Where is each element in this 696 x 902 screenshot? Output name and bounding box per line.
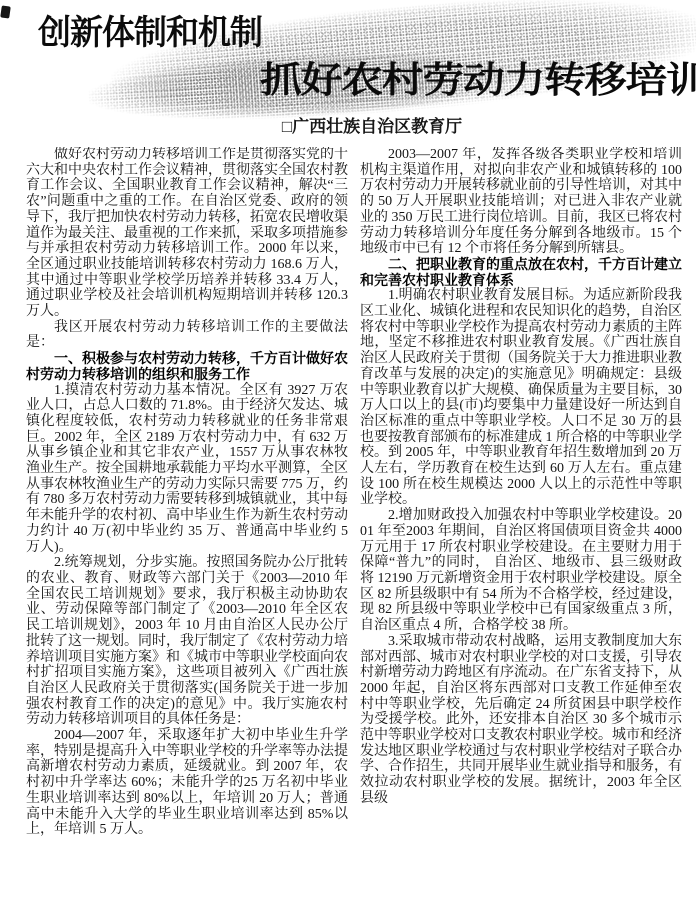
text-block: 2.增加财政投入加强农村中等职业学校建设。2001 年至2003 年期间，自治区… — [360, 508, 682, 634]
column-left: 做好农村劳动力转移培训工作是贯彻落实党的十六大和中央农村工作会议精神，贯彻落实全… — [26, 147, 348, 899]
text-block: 2003—2007 年，发挥各级各类职业学校和培训机构主渠道作用，对拟向非农产业… — [360, 147, 682, 257]
text-block: 3.采取城市带动农村战略，运用支教制度加大东部对西部、城市对农村职业学校的对口支… — [360, 634, 682, 807]
text-block: 1.明确农村职业教育发展目标。为适应新阶段我区工业化、城镇化进程和农民知识化的趋… — [360, 288, 682, 508]
text-block: 做好农村劳动力转移培训工作是贯彻落实党的十六大和中央农村工作会议精神，贯彻落实全… — [26, 147, 348, 320]
text-block: 2004—2007 年，采取逐年扩大初中毕业生升学率，特别是提高升入中等职业学校… — [26, 728, 348, 838]
article-body: 做好农村劳动力转移培训工作是贯彻落实党的十六大和中央农村工作会议精神，贯彻落实全… — [26, 147, 682, 899]
article-page: 创新体制和机制 抓好农村劳动力转移培训 □广西壮族自治区教育厅 做好农村劳动力转… — [0, 0, 696, 902]
text-block: 2.统筹规划，分步实施。按照国务院办公厅批转的农业、教育、财政等六部门关于《20… — [26, 555, 348, 728]
scan-artifact-mark — [0, 5, 11, 18]
text-block: 一、积极参与农村劳动力转移，千方百计做好农村劳动力转移培训的组织和服务工作 — [26, 351, 348, 382]
text-block: 二、把职业教育的重点放在农村，千方百计建立和完善农村职业教育体系 — [360, 257, 682, 288]
article-title-line-2: 抓好农村劳动力转移培训 — [260, 62, 696, 98]
text-block: 我区开展农村劳动力转移培训工作的主要做法是： — [26, 320, 348, 351]
text-block: 1.摸清农村劳动力基本情况。全区有 3927 万农业人口，占总人口数的 71.8… — [26, 383, 348, 556]
column-right: 2003—2007 年，发挥各级各类职业学校和培训机构主渠道作用，对拟向非农产业… — [360, 147, 682, 899]
article-title-line-1: 创新体制和机制 — [38, 16, 262, 50]
article-byline: □广西壮族自治区教育厅 — [0, 112, 696, 137]
